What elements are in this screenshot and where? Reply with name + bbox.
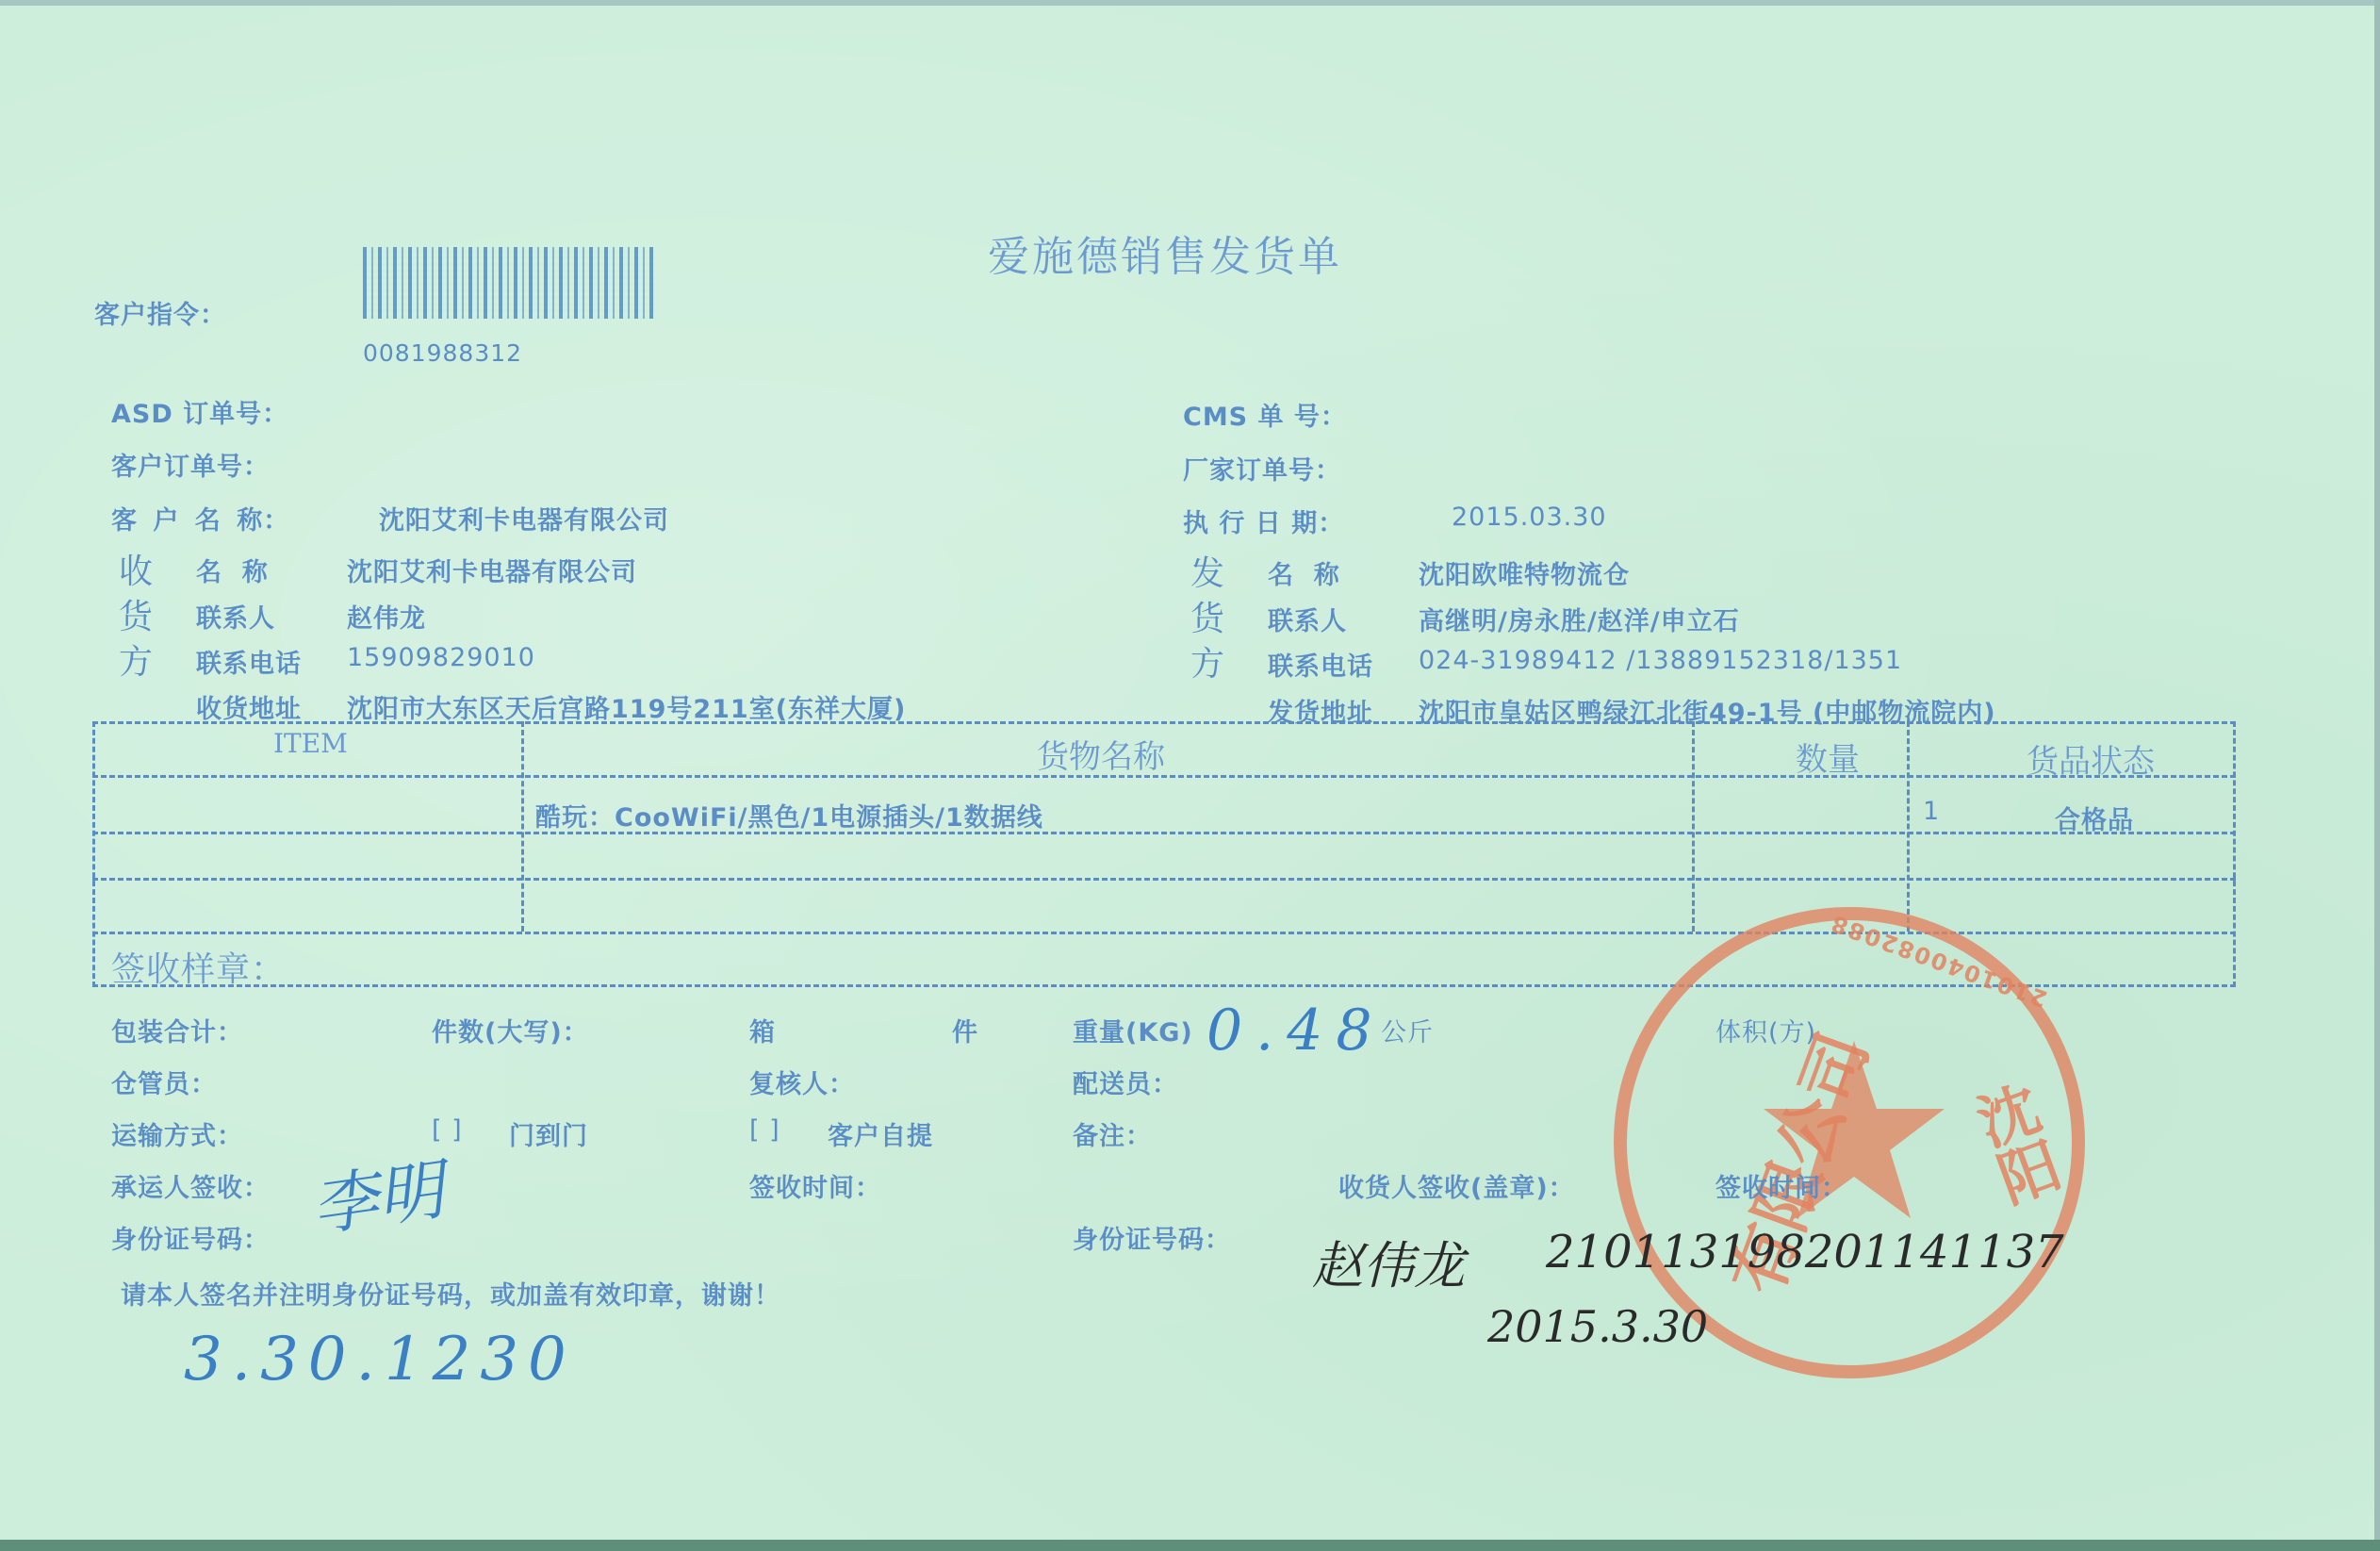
table-header-item: ITEM: [273, 728, 348, 759]
self-pickup-checkbox[interactable]: [ ]: [749, 1115, 780, 1145]
volume-label: 体积(方): [1715, 1012, 1816, 1048]
receiver-address-value: 沈阳市大东区天后宫路119号211室(东祥大厦): [347, 688, 906, 725]
table-header-goods-name: 货物名称: [1037, 731, 1165, 777]
receiver-name-value: 沈阳艾利卡电器有限公司: [347, 552, 637, 588]
sender-name-label: 名 称: [1268, 554, 1340, 591]
sender-name-value: 沈阳欧唯特物流仓: [1419, 554, 1630, 591]
box-label: 箱: [749, 1012, 776, 1048]
receiver-sign-time-label: 签收时间：: [1715, 1167, 1847, 1204]
receiver-phone-value: 15909829010: [347, 643, 535, 672]
page-bottom-edge: [0, 1540, 2380, 1551]
sender-side-char-2: 货: [1190, 592, 1225, 640]
receiver-phone-label: 联系电话: [196, 643, 302, 680]
receiver-side-char-1: 收: [119, 545, 154, 593]
self-pickup-label: 客户自提: [828, 1115, 933, 1152]
sender-side-char-3: 方: [1190, 637, 1225, 685]
weight-unit: 公斤: [1381, 1012, 1434, 1048]
barcode-number: 0081988312: [363, 339, 522, 367]
row-goods-name: 酷玩：CooWiFi/黑色/1电源插头/1数据线: [535, 797, 1043, 833]
package-total-label: 包装合计：: [111, 1012, 243, 1048]
page-right-edge: [2374, 0, 2380, 1551]
table-divider: [92, 832, 2236, 834]
pieces-label: 件数(大写)：: [432, 1012, 589, 1048]
customer-order-label: 客户订单号：: [111, 446, 270, 483]
table-column-divider: [1907, 721, 1910, 932]
signature-notice: 请本人签名并注明身份证号码，或加盖有效印章，谢谢！: [121, 1275, 780, 1312]
document-title: 爱施德销售发货单: [988, 223, 1342, 283]
weight-value-handwritten: 0.48: [1206, 998, 1386, 1064]
handwritten-time: 3.30.1230: [184, 1325, 576, 1394]
id-number-label-right: 身份证号码：: [1073, 1219, 1231, 1256]
cms-order-label: CMS 单 号：: [1183, 396, 1347, 433]
receiver-contact-label: 联系人: [196, 598, 275, 635]
receiver-sign-label: 收货人签收(盖章)：: [1338, 1167, 1575, 1204]
row-quantity: 1: [1923, 797, 1940, 826]
transport-label: 运输方式：: [111, 1115, 243, 1152]
receiver-address-label: 收货地址: [196, 688, 302, 725]
sender-side-char-1: 发: [1190, 547, 1225, 595]
receiver-date-handwritten: 2015.3.30: [1487, 1301, 1708, 1352]
barcode-image: [363, 247, 655, 319]
receiver-signature-handwritten: 赵伟龙: [1312, 1226, 1465, 1298]
reviewer-label: 复核人：: [749, 1064, 855, 1100]
door-to-door-label: 门到门: [509, 1115, 588, 1152]
delivery-person-label: 配送员：: [1073, 1064, 1178, 1100]
warehouse-keeper-label: 仓管员：: [111, 1064, 217, 1100]
customer-instruction-label: 客户指令：: [94, 294, 226, 331]
asd-order-label: ASD 订单号：: [111, 393, 288, 430]
customer-name-label: 客 户 名 称：: [111, 500, 289, 536]
piece-label: 件: [952, 1012, 978, 1048]
receiver-contact-value: 赵伟龙: [347, 598, 426, 635]
sign-stamp-label: 签收样章：: [111, 943, 286, 991]
carrier-signature-handwritten: 李明: [305, 1137, 450, 1250]
row-status: 合格品: [2055, 800, 2134, 836]
remarks-label: 备注：: [1073, 1115, 1152, 1152]
sender-contact-value: 高继明/房永胜/赵洋/申立石: [1419, 601, 1740, 637]
sender-phone-value: 024-31989412 /13889152318/1351: [1419, 646, 1902, 675]
weight-label: 重量(KG): [1073, 1012, 1193, 1048]
page-top-edge: [0, 0, 2380, 6]
receiver-side-char-3: 方: [119, 635, 154, 684]
table-header-status: 货品状态: [2027, 735, 2155, 782]
receiver-side-char-2: 货: [119, 590, 154, 638]
exec-date-value: 2015.03.30: [1452, 503, 1607, 532]
exec-date-label: 执 行 日 期：: [1183, 503, 1344, 539]
receiver-id-handwritten: 210113198201141137: [1546, 1226, 2064, 1279]
table-divider: [92, 878, 2236, 881]
customer-name-value: 沈阳艾利卡电器有限公司: [379, 500, 669, 536]
table-column-divider: [521, 721, 524, 932]
id-number-label-left: 身份证号码：: [111, 1219, 270, 1256]
table-header-quantity: 数量: [1796, 734, 1860, 780]
table-column-divider: [1692, 721, 1695, 932]
sender-phone-label: 联系电话: [1268, 646, 1373, 683]
factory-order-label: 厂家订单号：: [1183, 450, 1341, 487]
sender-contact-label: 联系人: [1268, 601, 1347, 637]
receiver-name-label: 名 称: [196, 552, 269, 588]
sign-time-label: 签收时间：: [749, 1167, 881, 1204]
carrier-sign-label: 承运人签收：: [111, 1167, 270, 1204]
